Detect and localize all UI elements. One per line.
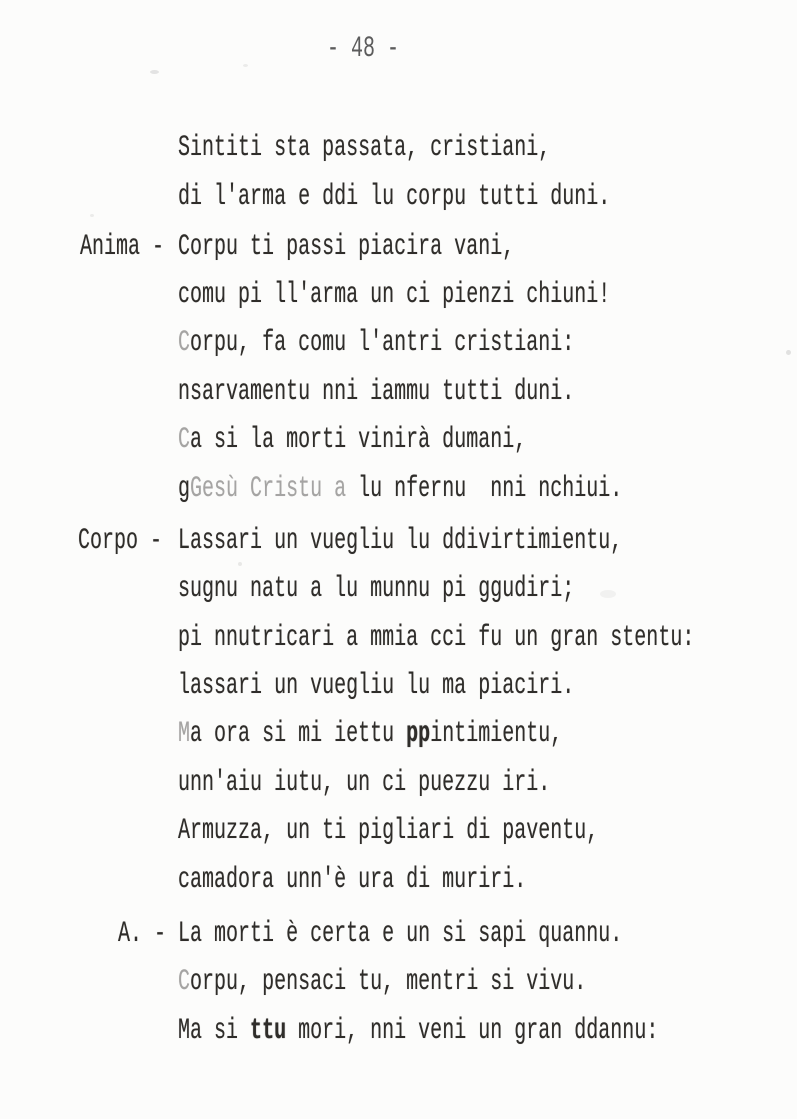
verse-text: Ma si ttu mori, nni veni un gran ddannu: (178, 1016, 658, 1046)
scan-speck (150, 70, 159, 74)
speaker-label: A. - (118, 919, 166, 949)
speaker-label: Anima - (80, 232, 164, 262)
scan-speck (238, 562, 242, 566)
verse-text: Armuzza, un ti pigliari di paventu, (178, 816, 598, 846)
scan-speck (90, 214, 94, 217)
verse-text: camadora unn'è ura di muriri. (178, 865, 526, 895)
verse-text: di l'arma e ddi lu corpu tutti duni. (178, 182, 610, 212)
verse-text: Ca si la morti vinirà dumani, (178, 425, 526, 455)
verse-text: Sintiti sta passata, cristiani, (178, 133, 550, 163)
verse-text: Corpu, pensaci tu, mentri si vivu. (178, 967, 586, 997)
verse-text: sugnu natu a lu munnu pi ggudiri; (178, 574, 574, 604)
scan-speck (786, 350, 791, 355)
verse-text: unn'aiu iutu, un ci puezzu iri. (178, 768, 550, 798)
page-number: - 48 - (327, 34, 399, 64)
scanned-page: - 48 - Sintiti sta passata, cristiani,di… (0, 0, 797, 1119)
verse-text: Ma ora si mi iettu ppintimientu, (178, 719, 562, 749)
verse-text: Corpu, fa comu l'antri cristiani: (178, 328, 574, 358)
verse-text: comu pi ll'arma un ci pienzi chiuni! (178, 280, 610, 310)
verse-text: lassari un vuegliu lu ma piaciri. (178, 671, 574, 701)
speaker-label: Corpo - (78, 526, 162, 556)
verse-text: Lassari un vuegliu lu ddivirtimientu, (178, 526, 622, 556)
verse-text: nsarvamentu nni iammu tutti duni. (178, 377, 574, 407)
verse-text: pi nnutricari a mmia cci fu un gran sten… (178, 623, 694, 653)
verse-text: La morti è certa e un si sapi quannu. (178, 919, 622, 949)
scan-speck (243, 64, 248, 67)
verse-text: gGesù Cristu a lu nfernu nni nchiui. (178, 474, 622, 504)
scan-speck (600, 590, 616, 598)
verse-text: Corpu ti passi piacira vani, (178, 232, 514, 262)
